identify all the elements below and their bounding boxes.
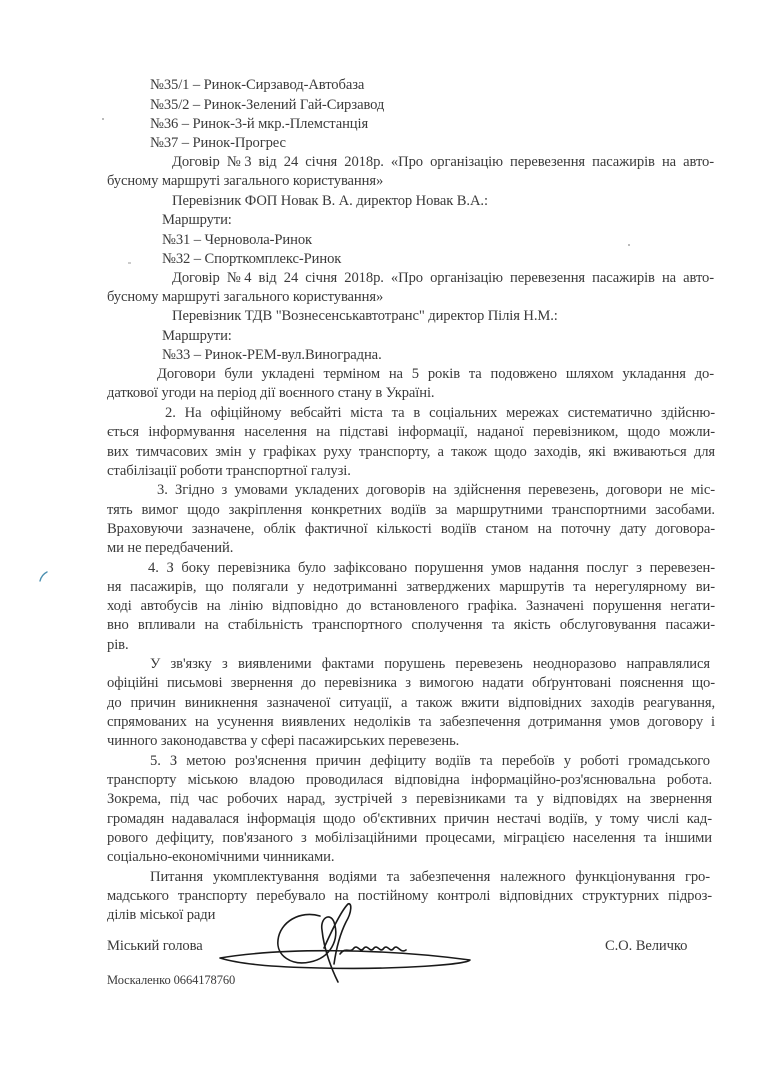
- term-paragraph-line-2: даткової угоди на період дії воєнного ст…: [107, 384, 434, 403]
- para-2-line-4: стабілізації роботи транспортної галузі.: [107, 462, 351, 481]
- route-37: №37 – Ринок-Прогрес: [150, 134, 286, 153]
- para-3-line-4: ми не передбачений.: [107, 539, 233, 558]
- final-paragraph-line-1: Питання укомплектування водіями та забез…: [150, 868, 710, 887]
- para-5-line-5: рового дефіциту, пов'язаного з мобілізац…: [107, 829, 712, 848]
- document-page: №35/1 – Ринок-Сирзавод-Автобаза №35/2 – …: [0, 0, 776, 1066]
- contract-4-line-2: бусному маршруті загального користування…: [107, 288, 383, 307]
- route-32: №32 – Спорткомплекс-Ринок: [162, 250, 341, 269]
- violations-paragraph-line-2: офіційні письмові звернення до перевізни…: [107, 674, 715, 693]
- route-35-2: №35/2 – Ринок-Зелений Гай-Сирзавод: [150, 96, 384, 115]
- signatory-name: С.О. Величко: [605, 937, 687, 956]
- violations-paragraph-line-5: чинного законодавства у сфері пасажирськ…: [107, 732, 459, 751]
- route-35-1: №35/1 – Ринок-Сирзавод-Автобаза: [150, 76, 364, 95]
- signatory-title: Міський голова: [107, 937, 203, 956]
- para-5-line-3: Зокрема, під час робочих нарад, зустріче…: [107, 790, 712, 809]
- route-31: №31 – Черновола-Ринок: [162, 231, 312, 250]
- para-3-line-1: 3. Згідно з умовами укладених договорів …: [157, 481, 715, 500]
- para-4-line-5: рів.: [107, 636, 129, 655]
- violations-paragraph-line-4: спрямованих на усунення виявлених недолі…: [107, 713, 715, 732]
- contract-3-routes-label: Маршрути:: [162, 211, 232, 230]
- handwritten-signature: [200, 900, 480, 990]
- para-3-line-2: тять вимог щодо закріплення конкретних в…: [107, 501, 715, 520]
- violations-paragraph-line-1: У зв'язку з виявленими фактами порушень …: [150, 655, 710, 674]
- contract-3-line-2: бусному маршруті загального користування…: [107, 172, 383, 191]
- para-4-line-4: вно впливали на стабільність транспортно…: [107, 616, 715, 635]
- contract-3-line-1: Договір №3 від 24 січня 2018р. «Про орга…: [172, 153, 714, 172]
- para-5-line-2: транспорту міською владою проводилася ві…: [107, 771, 712, 790]
- para-4-line-1: 4. З боку перевізника було зафіксовано п…: [148, 559, 715, 578]
- para-5-line-6: соціально-економічними чинниками.: [107, 848, 334, 867]
- para-4-line-2: ня пасажирів, що полягали у недотриманні…: [107, 578, 715, 597]
- contract-4-carrier: Перевізник ТДВ "Вознесенськавтотранс" ди…: [172, 307, 558, 326]
- scan-speck: [628, 244, 630, 246]
- route-36: №36 – Ринок-3-й мкр.-Племстанція: [150, 115, 368, 134]
- para-4-line-3: ході автобусів на лінію відповідно до вс…: [107, 597, 715, 616]
- para-5-line-1: 5. З метою роз'яснення причин дефіциту в…: [150, 752, 710, 771]
- scan-mark: [35, 565, 55, 585]
- scan-speck: [102, 118, 104, 120]
- para-2-line-2: ється інформування населення на підставі…: [107, 423, 715, 442]
- contract-4-line-1: Договір №4 від 24 січня 2018р. «Про орга…: [172, 269, 714, 288]
- violations-paragraph-line-3: до причин виникнення зазначеної ситуації…: [107, 694, 715, 713]
- contract-4-routes-label: Маршрути:: [162, 327, 232, 346]
- para-2-line-3: вих тимчасових змін у графіках руху тран…: [107, 443, 715, 462]
- para-2-line-1: 2. На офіційному вебсайті міста та в соц…: [165, 404, 715, 423]
- contract-3-carrier: Перевізник ФОП Новак В. А. директор Нова…: [172, 192, 488, 211]
- scan-speck: [128, 262, 131, 264]
- route-33: №33 – Ринок-РЕМ-вул.Виноградна.: [162, 346, 382, 365]
- para-3-line-3: Враховуючи зазначене, облік фактичної кі…: [107, 520, 715, 539]
- term-paragraph-line-1: Договори були укладені терміном на 5 рок…: [157, 365, 714, 384]
- para-5-line-4: громадян надавалася інформація щодо об'є…: [107, 810, 712, 829]
